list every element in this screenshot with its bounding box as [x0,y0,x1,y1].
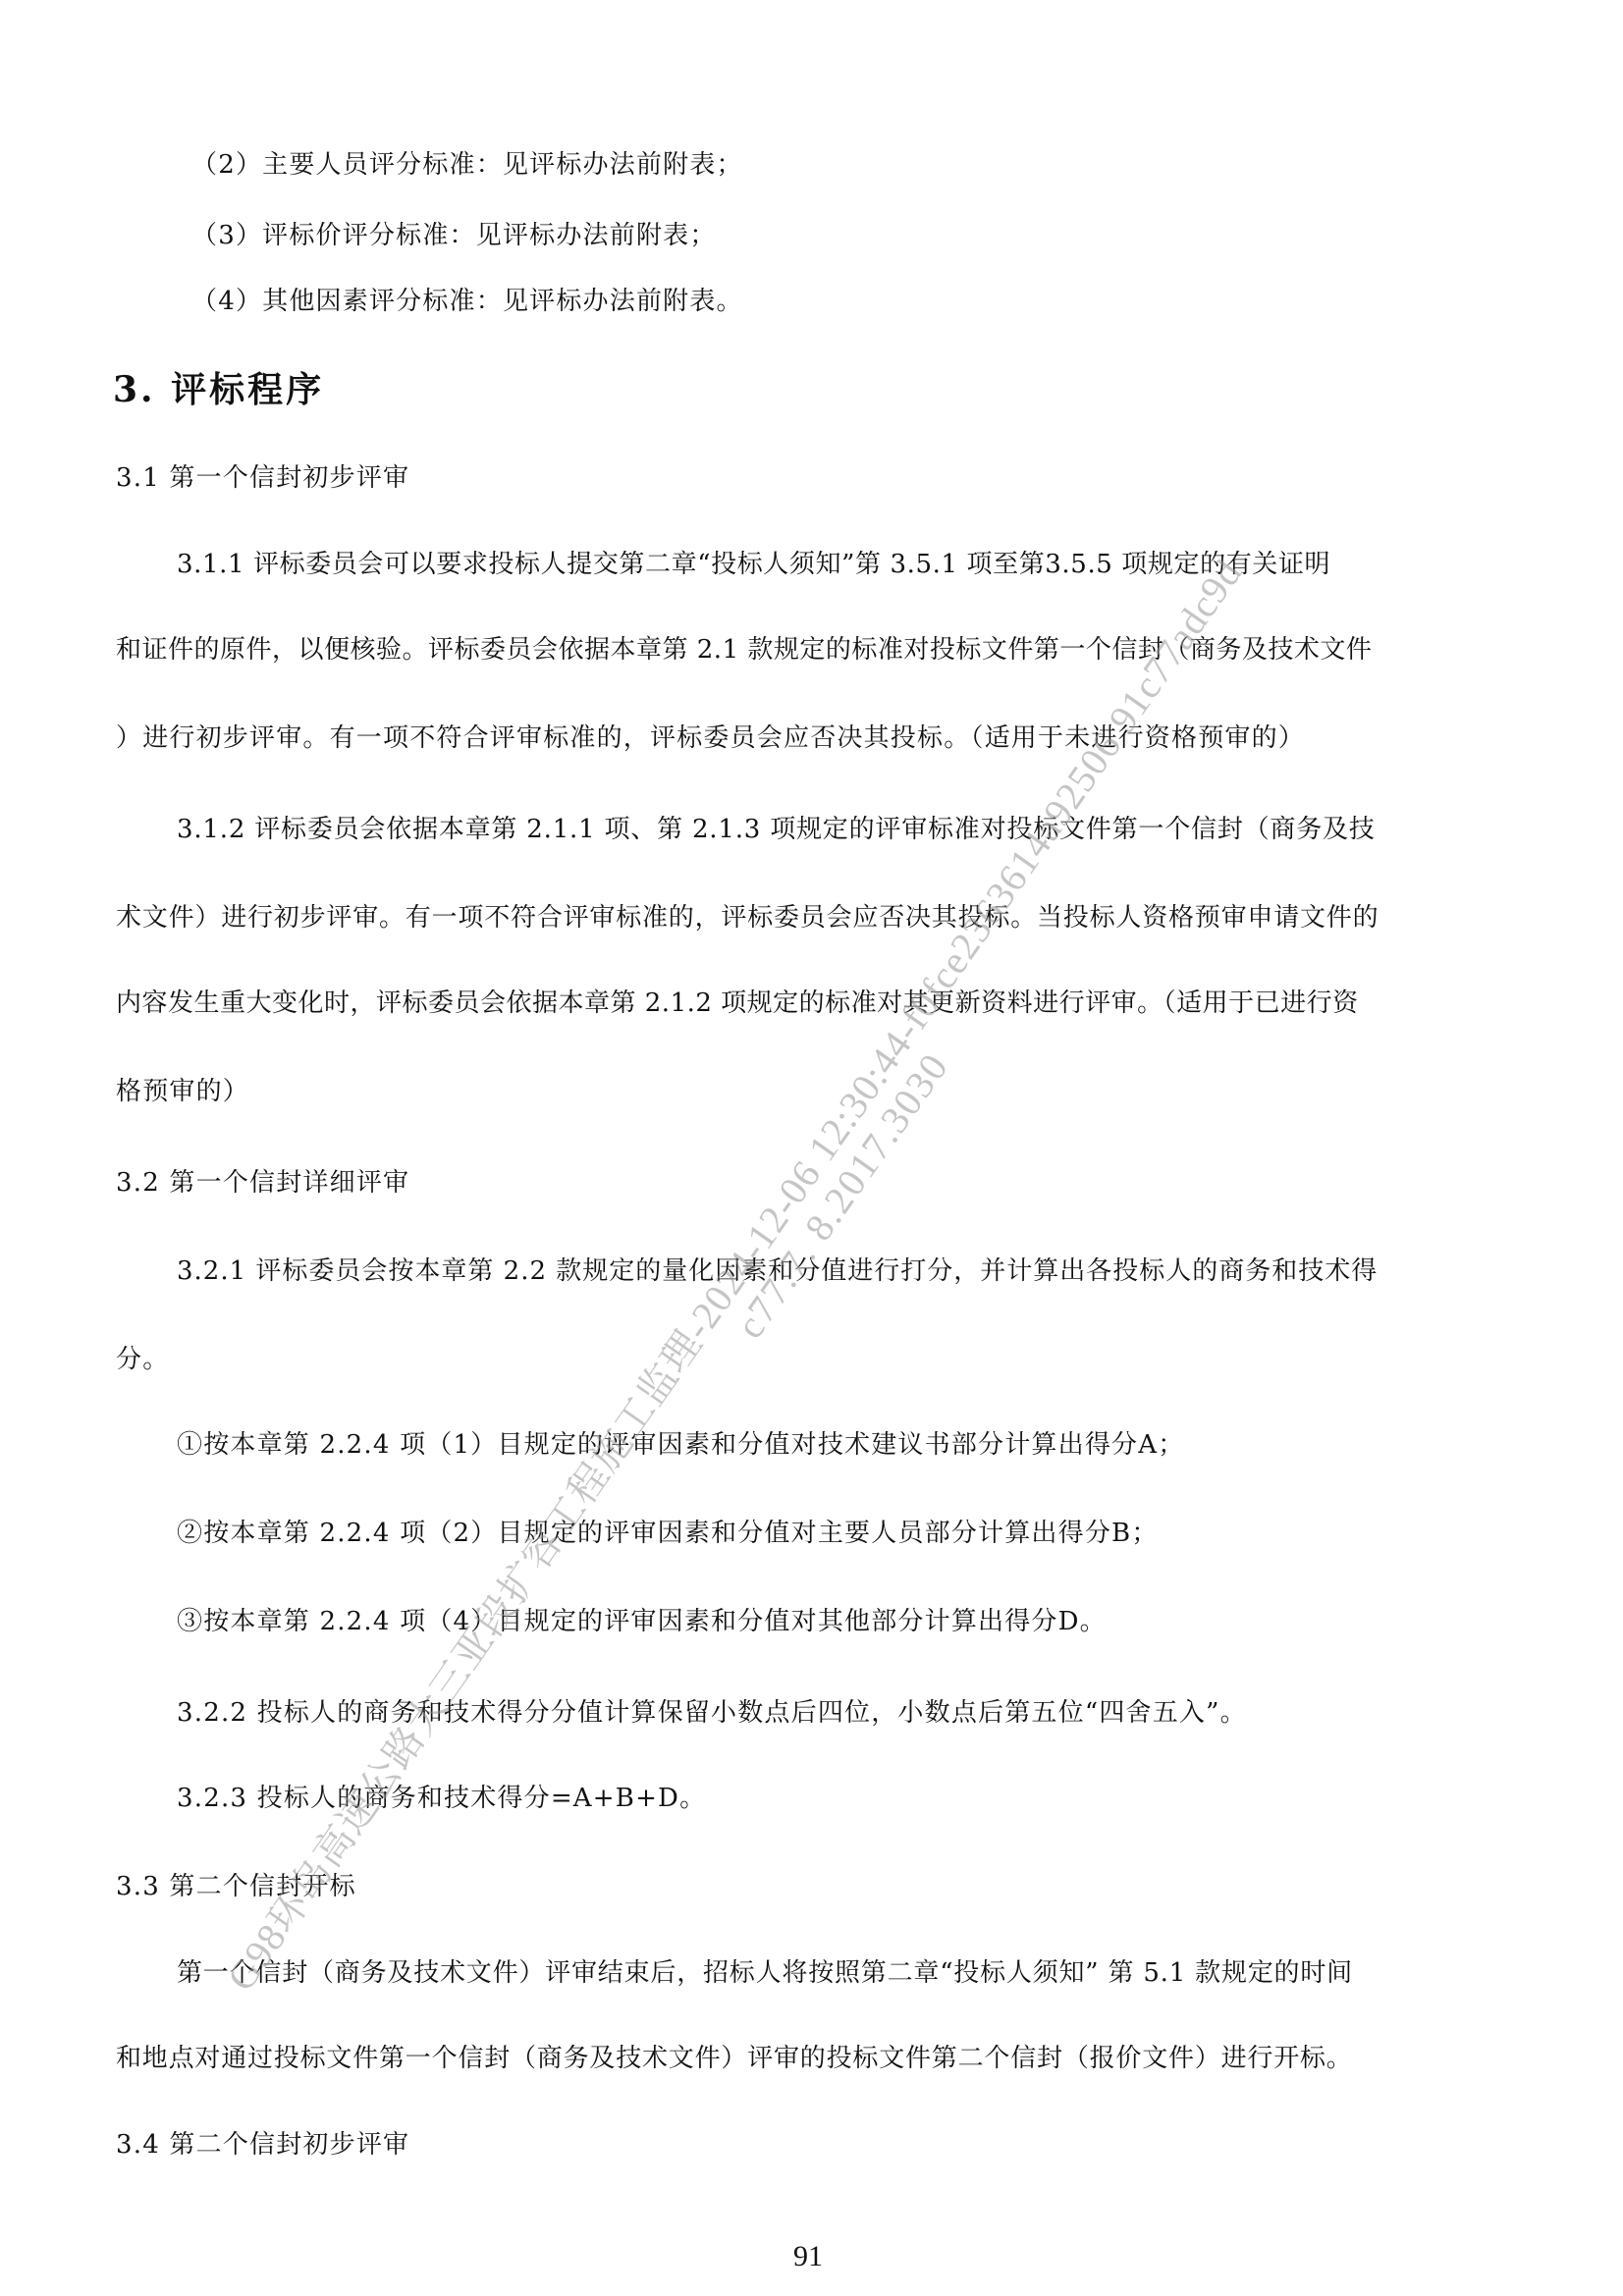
section-title-3-4: 3.4 第二个信封初步评审 [116,2130,409,2160]
criteria-item-3: （3）评标价评分标准：见评标办法前附表； [191,221,717,250]
section-heading-3: 3. 评标程序 [113,370,324,409]
para-3-1-2-line-1: 3.1.2 评标委员会依据本章第 2.1.1 项、第 2.1.3 项规定的评审标… [177,815,1376,844]
section-title-3-1: 3.1 第一个信封初步评审 [116,463,409,493]
para-3-1-1-line-1: 3.1.1 评标委员会可以要求投标人提交第二章“投标人须知”第 3.5.1 项至… [177,550,1330,579]
para-3-1-1-line-2: 和证件的原件，以便核验。评标委员会依据本章第 2.1 款规定的标准对投标文件第一… [116,635,1372,665]
score-item-b: ②按本章第 2.2.4 项（2）目规定的评审因素和分值对主要人员部分计算出得分B… [177,1519,1159,1548]
para-3-3-line-1: 第一个信封（商务及技术文件）评审结束后，招标人将按照第二章“投标人须知” 第 5… [177,1958,1353,1988]
para-3-2-3: 3.2.3 投标人的商务和技术得分=A+B+D。 [177,1784,706,1813]
criteria-item-4: （4）其他因素评分标准：见评标办法前附表。 [191,287,743,316]
para-3-1-2-line-2: 术文件）进行初步评审。有一项不符合评审标准的，评标委员会应否决其投标。当投标人资… [116,903,1379,933]
para-3-3-line-2: 和地点对通过投标文件第一个信封（商务及技术文件）评审的投标文件第二个信封（报价文… [116,2044,1353,2073]
para-3-1-1-line-3: ）进行初步评审。有一项不符合评审标准的，评标委员会应否决其投标。（适用于未进行资… [116,723,1305,753]
para-3-1-2-line-4: 格预审的） [116,1077,249,1106]
para-3-1-2-line-3: 内容发生重大变化时，评标委员会依据本章第 2.1.2 项规定的标准对其更新资料进… [116,988,1359,1018]
criteria-item-2: （2）主要人员评分标准：见评标办法前附表； [191,150,743,180]
watermark-line-2: c77.7. 8.2017.3030 [727,1043,958,1347]
score-item-a: ①按本章第 2.2.4 项（1）目规定的评审因素和分值对技术建议书部分计算出得分… [177,1430,1184,1460]
page-number: 91 [793,2240,823,2273]
para-3-2-1-line-1: 3.2.1 评标委员会按本章第 2.2 款规定的量化因素和分值进行打分，并计算出… [177,1256,1378,1286]
document-page: （2）主要人员评分标准：见评标办法前附表； （3）评标价评分标准：见评标办法前附… [0,0,1623,2296]
score-item-d: ③按本章第 2.2.4 项（4）目规定的评审因素和分值对其他部分计算出得分D。 [177,1607,1107,1636]
section-title-3-2: 3.2 第一个信封详细评审 [116,1168,409,1198]
para-3-2-1-line-2: 分。 [116,1345,169,1374]
para-3-2-2: 3.2.2 投标人的商务和技术得分分值计算保留小数点后四位，小数点后第五位“四舍… [177,1698,1247,1728]
section-title-3-3: 3.3 第二个信封开标 [116,1872,356,1901]
